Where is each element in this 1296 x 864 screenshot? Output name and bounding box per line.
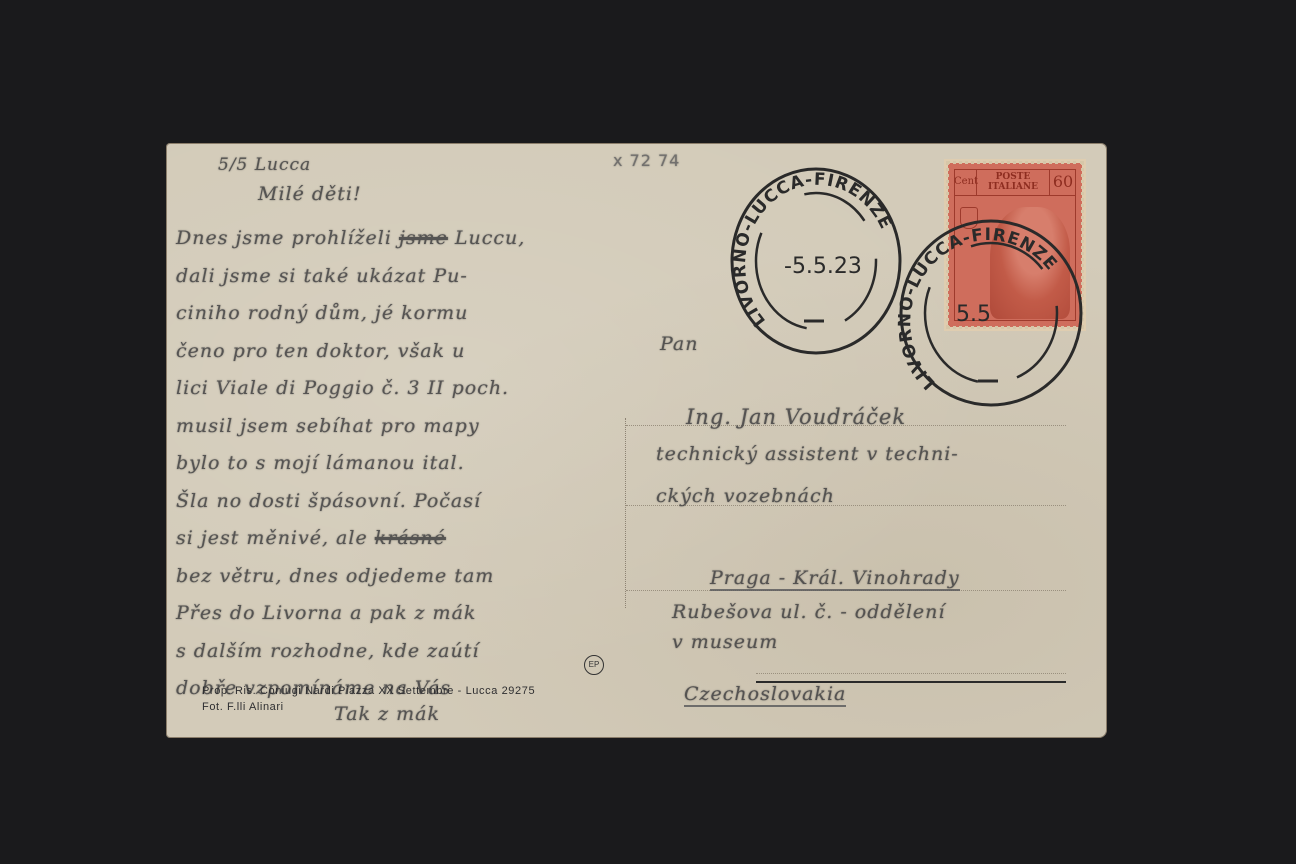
message-greeting: Milé děti! (258, 183, 362, 205)
address-title-line2: ckých vozebnách (656, 485, 835, 507)
address-city: Praga - Král. Vinohrady (710, 567, 960, 589)
address-street: Rubešova ul. č. - oddělení (672, 601, 945, 623)
address-guide-line (756, 673, 1066, 674)
message-date-place: 5/5 Lucca (218, 155, 311, 175)
message-line: bylo to s mojí lámanou ital. (176, 452, 465, 474)
svg-text:-5.5.23: -5.5.23 (784, 254, 862, 279)
address-name: Ing. Jan Voudráček (686, 405, 906, 429)
address-street2: v museum (672, 631, 778, 653)
printed-caption-line2: Fot. F.lli Alinari (202, 701, 284, 713)
address-salutation: Pan (660, 333, 699, 355)
message-line: dali jsme si také ukázat Pu- (176, 265, 468, 287)
message-line: si jest měnivé, ale krásné (176, 527, 446, 549)
message-line: čeno pro ten doktor, však u (176, 340, 465, 362)
address-country: Czechoslovakia (684, 683, 846, 705)
stamp-value: 60 (1049, 169, 1076, 195)
message-line: s dalším rozhodne, kde zaútí (176, 640, 479, 662)
stamp-unit: Cent (954, 169, 977, 195)
message-line: Dnes jsme prohlíželi jsme Luccu, (176, 227, 525, 249)
message-line: Šla no dosti špásovní. Počasí (176, 490, 481, 512)
message-signature: Tak z mák (334, 703, 440, 725)
message-line: bez větru, dnes odjedeme tam (176, 565, 494, 587)
svg-text:5.5: 5.5 (956, 302, 991, 327)
stamp-header: Cent POSTEITALIANE 60 (954, 169, 1076, 196)
stamp-issuer: POSTEITALIANE (977, 172, 1049, 192)
message-line: ciniho rodný dům, jé kormu (176, 302, 468, 324)
archive-number: x 72 74 (613, 151, 680, 170)
postmark-right: LIVORNO-LUCCA-FIRENZE 5.5 (886, 213, 1086, 413)
address-title-line1: technický assistent v techni- (656, 443, 959, 465)
publisher-logo: EP (584, 655, 604, 675)
postcard-back: x 72 74 5/5 Lucca Milé děti! Dnes jsme p… (166, 143, 1107, 738)
center-divider (625, 418, 626, 608)
message-line: lici Viale di Poggio č. 3 II poch. (176, 377, 509, 399)
message-line: musil jsem sebíhat pro mapy (176, 415, 480, 437)
postmark-left: LIVORNO-LUCCA-FIRENZE -5.5.23 (726, 161, 906, 361)
printed-caption-line1: Prop. Ris. Coniugi Nardi Piazza XX Sette… (202, 685, 535, 697)
message-line: Přes do Livorna a pak z mák (176, 602, 476, 624)
